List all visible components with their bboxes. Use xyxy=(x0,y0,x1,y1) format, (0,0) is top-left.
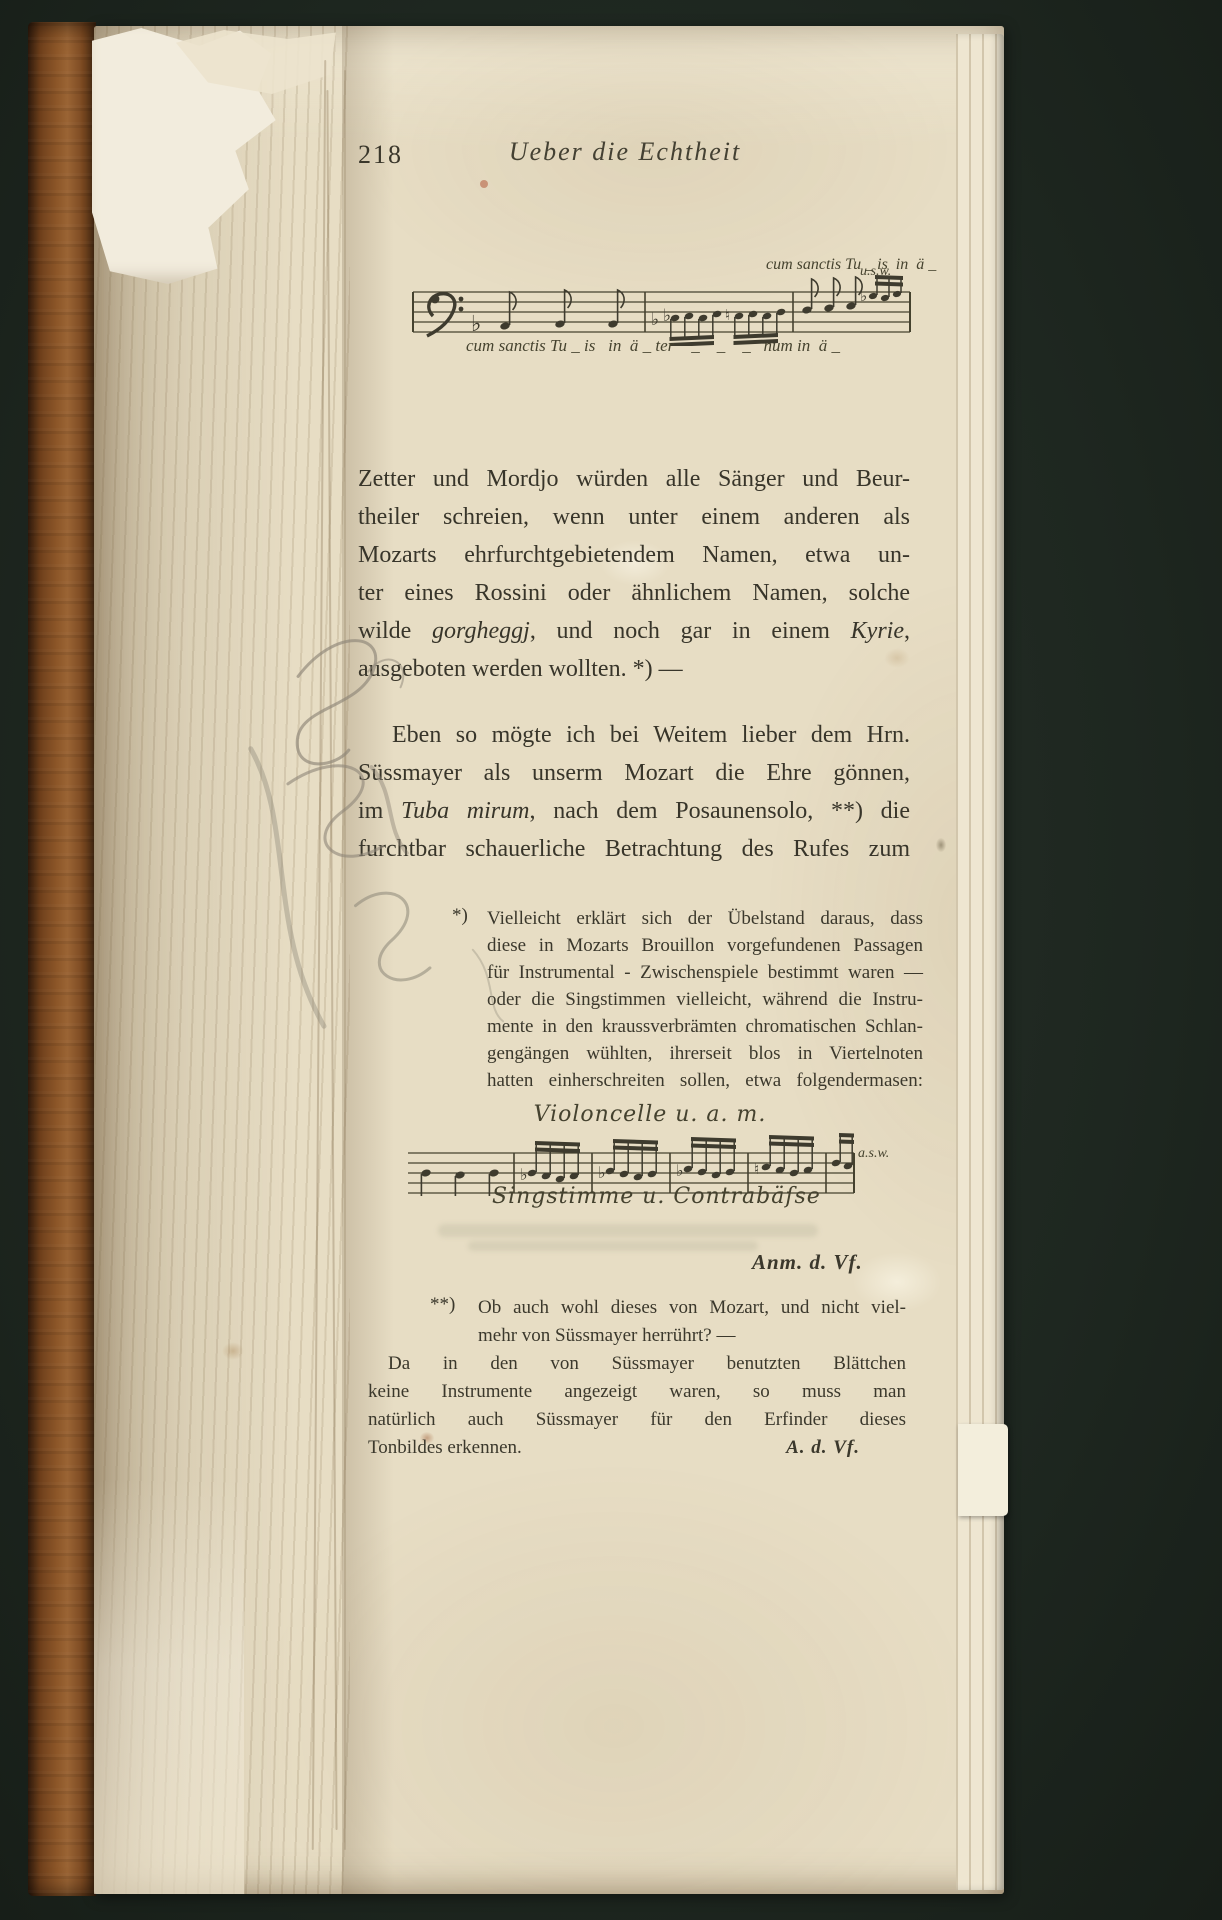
footnote-line: gengängen wühlten, ihrerseit blos in Vie… xyxy=(487,1040,923,1067)
vocal-entry-eighth-notes xyxy=(801,277,862,315)
protruding-page-corner xyxy=(958,1424,1008,1516)
footnote-line: Da in den von Süssmayer benutzten Blättc… xyxy=(368,1350,906,1378)
footnote-last-row: Tonbildes erkennen. A. d. Vf. xyxy=(368,1434,906,1462)
svg-text:♮: ♮ xyxy=(754,1160,759,1178)
text-segment: , und noch gar in einem xyxy=(530,618,851,644)
footnote-line: natürlich auch Süssmayer für den Erfinde… xyxy=(368,1406,906,1434)
body-text-line: Mozarts ehrfurchtgebietendem Namen, etwa… xyxy=(358,536,910,574)
svg-text:♭: ♭ xyxy=(520,1165,528,1184)
running-title: Ueber die Echtheit xyxy=(490,137,760,167)
footnote-line: oder die Singstimmen vielleicht, während… xyxy=(487,986,923,1013)
svg-text:♭: ♭ xyxy=(598,1163,606,1182)
beamed-group: ♮ xyxy=(754,1135,814,1178)
bottom-page-edges xyxy=(94,1480,244,1894)
footnote-line: keine Instrumente angezeigt waren, so mu… xyxy=(368,1378,906,1406)
beamed-group-partial xyxy=(831,1133,854,1170)
author-signature: A. d. Vf. xyxy=(786,1434,860,1462)
high-beamed-group: ♭ xyxy=(860,275,903,305)
ink-speck xyxy=(936,838,946,852)
music-staff-main-example: ♭ ♭♭ ♮ xyxy=(355,266,912,346)
ink-bleedthrough xyxy=(468,1241,758,1251)
body-text-line: Zetter und Mordjo würden alle Sänger und… xyxy=(358,460,910,498)
asw-continuation-label: a.s.w. xyxy=(858,1146,889,1162)
footnote-line: mehr von Süssmayer herrührt? — xyxy=(478,1322,906,1350)
svg-text:♭: ♭ xyxy=(651,310,659,330)
author-note: Anm. d. Vf. xyxy=(752,1250,863,1275)
footnote-line: für Instrumental - Zwischenspiele bestim… xyxy=(487,959,923,986)
svg-text:♮: ♮ xyxy=(725,306,730,324)
bass-clef-icon xyxy=(427,294,463,336)
flat-accidental-icon: ♭ xyxy=(471,312,481,337)
footnote-line: Ob auch wohl dieses von Mozart, und nich… xyxy=(478,1294,906,1322)
eighth-notes-group xyxy=(499,290,624,331)
footnote-line: mente in den kraussverbrämten chromatisc… xyxy=(487,1013,923,1040)
foxing-spot xyxy=(480,180,488,188)
footnote-line: Tonbildes erkennen. xyxy=(368,1434,522,1462)
text-segment: , xyxy=(904,618,910,644)
svg-text:♭: ♭ xyxy=(676,1161,684,1180)
italic-term: Kyrie xyxy=(851,618,904,644)
foxing-spot xyxy=(222,1342,244,1360)
footnote-line: hatten einherschreiten sollen, etwa folg… xyxy=(487,1067,923,1094)
right-page-edges xyxy=(956,34,1004,1890)
footnote-line: diese in Mozarts Brouillon vorgefundenen… xyxy=(487,932,923,959)
svg-text:♭: ♭ xyxy=(860,287,867,305)
photographed-book-page: 218 Ueber die Echtheit cum sanctis Tu _ … xyxy=(0,0,1222,1920)
footnote-marker: **) xyxy=(430,1294,455,1316)
svg-text:♭: ♭ xyxy=(663,306,671,326)
body-text-line: theiler schreien, wenn unter einem ander… xyxy=(358,498,910,536)
text-segment: , nach dem Posaunensolo, **) die xyxy=(529,798,910,824)
ink-bleedthrough xyxy=(438,1224,818,1237)
book-spine xyxy=(28,22,96,1896)
page-number: 218 xyxy=(358,140,403,170)
beamed-group: ♭ xyxy=(598,1139,658,1182)
voice-label-below: Singstimme u. Contrabäſse xyxy=(492,1184,821,1209)
footnote-line: Vielleicht erklärt sich der Übelstand da… xyxy=(487,905,923,932)
lyric-line-below: cum sanctis Tu _ is in ä _ ter _ _ _ num… xyxy=(466,336,840,356)
